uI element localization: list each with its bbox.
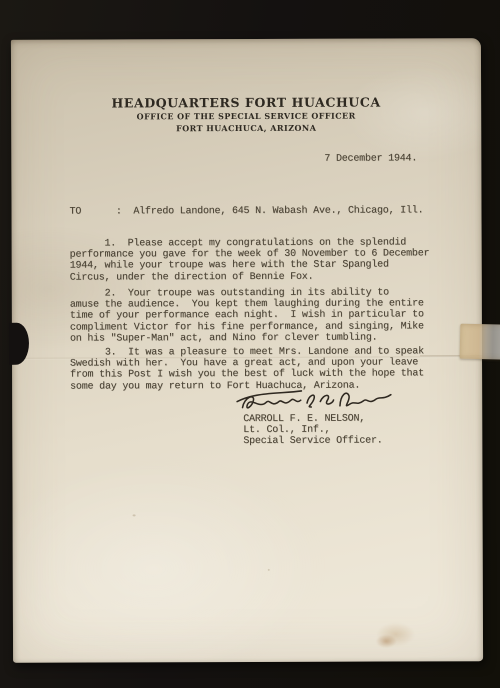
signature-typed-name: CARROLL F. E. NELSON, bbox=[243, 414, 382, 426]
body-paragraph-2: 2. Your troupe was outstanding in its ab… bbox=[70, 287, 456, 344]
signature-title: Special Service Officer. bbox=[243, 436, 382, 448]
photo-of-letter: { "photo": { "background_color": "#14111… bbox=[0, 0, 500, 688]
letterhead-line2: OFFICE OF THE SPECIAL SERVICE OFFICER bbox=[11, 110, 481, 122]
body-paragraph-1: 1. Please accept my congratulations on t… bbox=[70, 237, 456, 283]
letterhead-line3: FORT HUACHUCA, ARIZONA bbox=[11, 122, 481, 134]
letter-paper: HEADQUARTERS FORT HUACHUCA OFFICE OF THE… bbox=[11, 38, 483, 663]
paper-speck bbox=[268, 569, 270, 571]
letterhead: HEADQUARTERS FORT HUACHUCA OFFICE OF THE… bbox=[11, 38, 481, 40]
paper-speck bbox=[133, 514, 136, 516]
date-line: 7 December 1944. bbox=[324, 153, 417, 165]
stain-mark bbox=[365, 616, 421, 656]
tape-fragment bbox=[460, 324, 500, 360]
recipient-line: TO : Alfredo Landone, 645 N. Wabash Ave.… bbox=[69, 205, 461, 218]
letterhead-line1: HEADQUARTERS FORT HUACHUCA bbox=[11, 94, 481, 111]
signature-block: CARROLL F. E. NELSON, Lt. Col., Inf., Sp… bbox=[243, 414, 382, 448]
body-paragraph-3: 3. It was a pleasure to meet Mrs. Landon… bbox=[70, 346, 456, 392]
